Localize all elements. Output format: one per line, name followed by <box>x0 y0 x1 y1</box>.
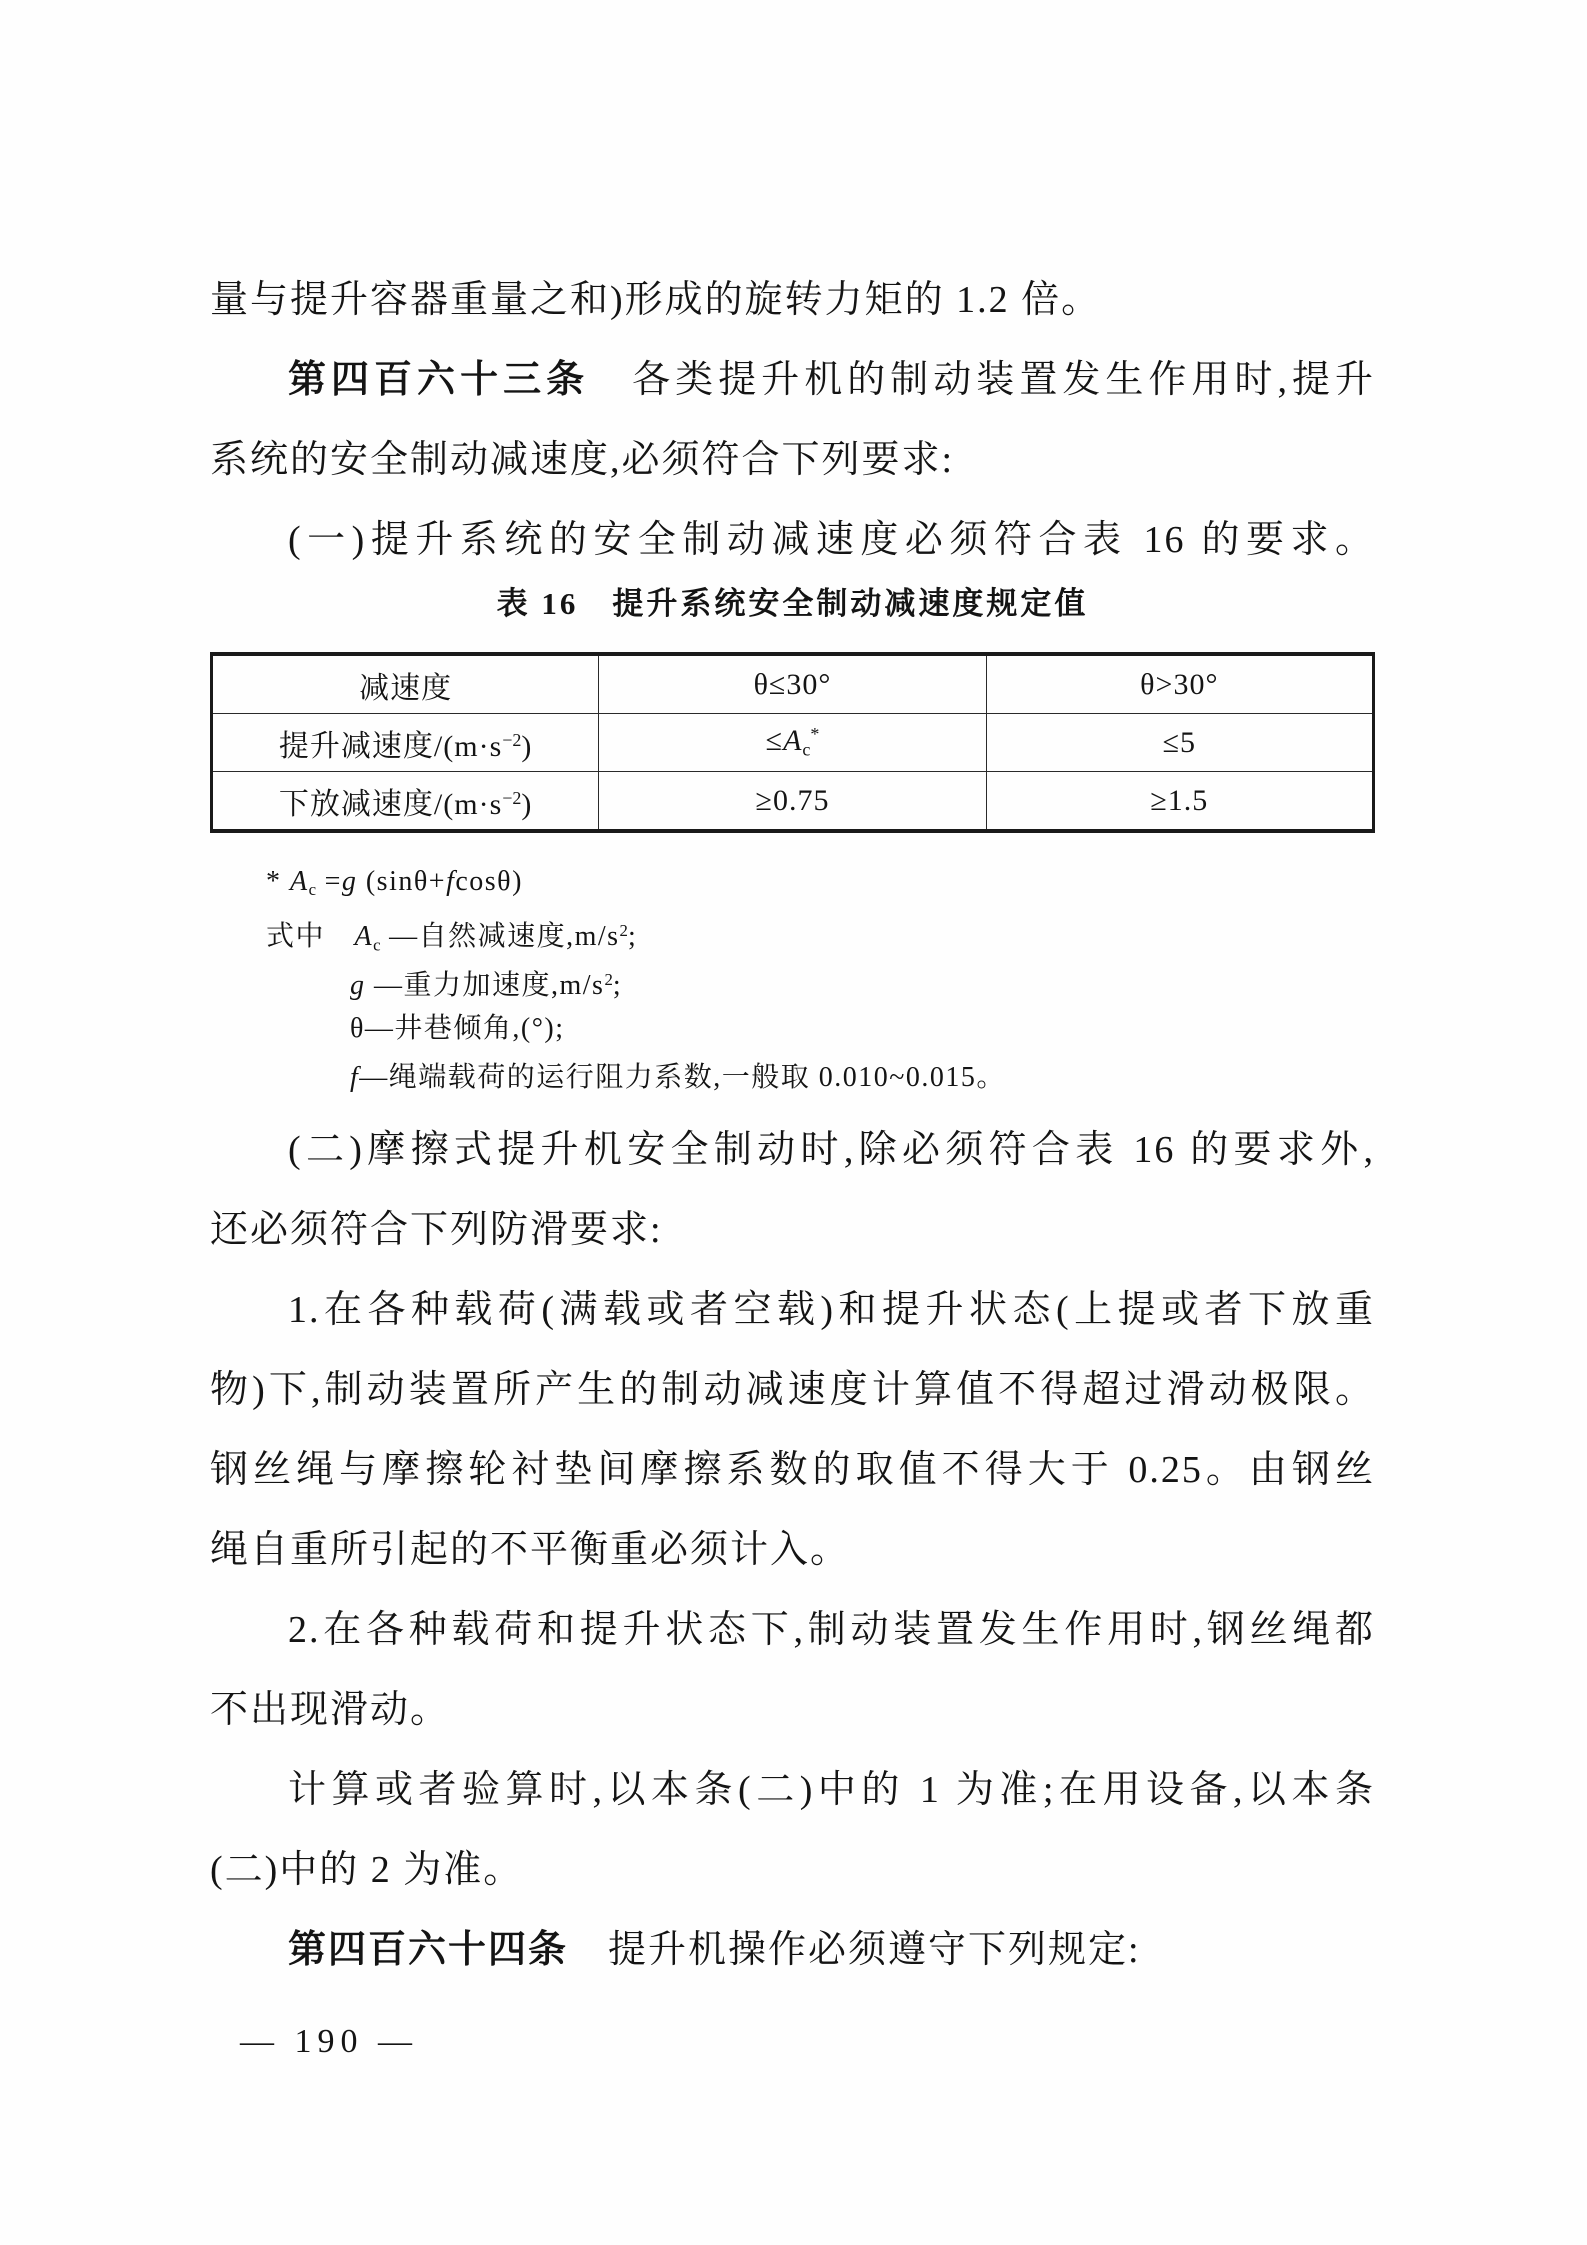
variable-A: A <box>355 921 374 952</box>
footnote-g: g —重力加速度,m/s2; <box>210 955 1375 1004</box>
article-463-heading: 第四百六十三条 <box>288 359 589 401</box>
footnote-formula: * Ac =g (sinθ+fcosθ) <box>210 857 1375 906</box>
paragraph-line: 物)下,制动装置所产生的制动减速度计算值不得超过滑动极限。 <box>210 1350 1375 1430</box>
definition-text: —绳端载荷的运行阻力系数,一般取 0.010~0.015。 <box>359 1062 1006 1093</box>
article-463-text: 各类提升机的制动装置发生作用时,提升 <box>589 359 1375 401</box>
subscript-c: c <box>373 935 380 954</box>
unit-text-tail: ) <box>521 730 532 763</box>
table-16: 减速度 θ≤30° θ>30° 提升减速度/(m·s−2) ≤Ac* ≤5 下放… <box>210 652 1375 833</box>
squared-superscript: 2 <box>604 970 612 989</box>
asterisk: * <box>266 866 290 897</box>
paragraph-line: 计算或者验算时,以本条(二)中的 1 为准;在用设备,以本条 <box>210 1750 1375 1830</box>
cell-hoisting-le30: ≤Ac* <box>599 714 986 772</box>
paragraph-line: 钢丝绳与摩擦轮衬垫间摩擦系数的取值不得大于 0.25。由钢丝 <box>210 1430 1375 1510</box>
footnote-theta: θ—井巷倾角,(°); <box>210 1004 1375 1053</box>
article-464-heading: 第四百六十四条 <box>288 1929 568 1971</box>
cell-hoisting-label: 提升减速度/(m·s−2) <box>212 714 599 772</box>
unit-text-tail: ) <box>521 788 532 821</box>
paragraph-line: 绳自重所引起的不平衡重必须计入。 <box>210 1510 1375 1590</box>
cell-lowering-le30: ≥0.75 <box>599 772 986 832</box>
article-464-line: 第四百六十四条 提升机操作必须遵守下列规定: <box>210 1910 1375 1990</box>
unit-text: 下放减速度/(m·s <box>279 788 502 821</box>
variable-f: f <box>350 1062 359 1093</box>
table-row-hoisting: 提升减速度/(m·s−2) ≤Ac* ≤5 <box>212 714 1374 772</box>
text-block: 量与提升容器重量之和)形成的旋转力矩的 1.2 倍。 第四百六十三条 各类提升机… <box>210 260 1375 2072</box>
paragraph-line: 还必须符合下列防滑要求: <box>210 1190 1375 1270</box>
table-footnotes: * Ac =g (sinθ+fcosθ) 式中 Ac —自然减速度,m/s2; … <box>210 857 1375 1102</box>
paragraph-line: 不出现滑动。 <box>210 1670 1375 1750</box>
header-cell-deceleration: 减速度 <box>212 654 599 714</box>
variable-g: g <box>350 970 366 1001</box>
formula-text-tail: cosθ) <box>455 866 523 897</box>
item-2-line: (二)摩擦式提升机安全制动时,除必须符合表 16 的要求外, <box>210 1110 1375 1190</box>
subscript-c: c <box>309 880 316 899</box>
table-row-lowering: 下放减速度/(m·s−2) ≥0.75 ≥1.5 <box>212 772 1374 832</box>
formula-text: (sinθ+ <box>357 866 446 897</box>
article-463-line: 第四百六十三条 各类提升机的制动装置发生作用时,提升 <box>210 340 1375 420</box>
paragraph-line: 系统的安全制动减速度,必须符合下列要求: <box>210 420 1375 500</box>
definition-text: —重力加速度,m/s <box>366 970 605 1001</box>
cell-lowering-label: 下放减速度/(m·s−2) <box>212 772 599 832</box>
unit-text: 提升减速度/(m·s <box>279 730 502 763</box>
table-caption: 表 16 提升系统安全制动减速度规定值 <box>210 580 1375 628</box>
definition-text: —自然减速度,m/s <box>381 921 620 952</box>
definition-tail: ; <box>613 970 622 1001</box>
where-label: 式中 <box>266 921 355 952</box>
asterisk-note: * <box>810 724 819 744</box>
cell-hoisting-gt30: ≤5 <box>986 714 1373 772</box>
le-sign: ≤ <box>766 724 783 757</box>
header-cell-theta-le-30: θ≤30° <box>599 654 986 714</box>
footnote-f: f—绳端载荷的运行阻力系数,一般取 0.010~0.015。 <box>210 1053 1375 1102</box>
section-gap <box>210 1102 1375 1110</box>
variable-A: A <box>783 724 802 757</box>
article-464-text: 提升机操作必须遵守下列规定: <box>568 1929 1141 1971</box>
variable-g: g <box>342 866 358 897</box>
unit-superscript: −2 <box>502 730 521 750</box>
paragraph-line: 量与提升容器重量之和)形成的旋转力矩的 1.2 倍。 <box>210 260 1375 340</box>
equals-sign: = <box>316 866 342 897</box>
footnote-where-Ac: 式中 Ac —自然减速度,m/s2; <box>210 906 1375 955</box>
document-page: 量与提升容器重量之和)形成的旋转力矩的 1.2 倍。 第四百六十三条 各类提升机… <box>0 0 1587 2245</box>
cell-lowering-gt30: ≥1.5 <box>986 772 1373 832</box>
header-cell-theta-gt-30: θ>30° <box>986 654 1373 714</box>
variable-A: A <box>290 866 309 897</box>
subitem-1-line: 1.在各种载荷(满载或者空载)和提升状态(上提或者下放重 <box>210 1270 1375 1350</box>
paragraph-line: (二)中的 2 为准。 <box>210 1830 1375 1910</box>
item-1-line: (一)提升系统的安全制动减速度必须符合表 16 的要求。 <box>210 500 1375 580</box>
squared-superscript: 2 <box>620 921 628 940</box>
table-header-row: 减速度 θ≤30° θ>30° <box>212 654 1374 714</box>
page-number: — 190 — <box>210 2012 1375 2072</box>
definition-tail: ; <box>628 921 637 952</box>
subitem-2-line: 2.在各种载荷和提升状态下,制动装置发生作用时,钢丝绳都 <box>210 1590 1375 1670</box>
variable-f: f <box>446 866 455 897</box>
unit-superscript: −2 <box>502 788 521 808</box>
